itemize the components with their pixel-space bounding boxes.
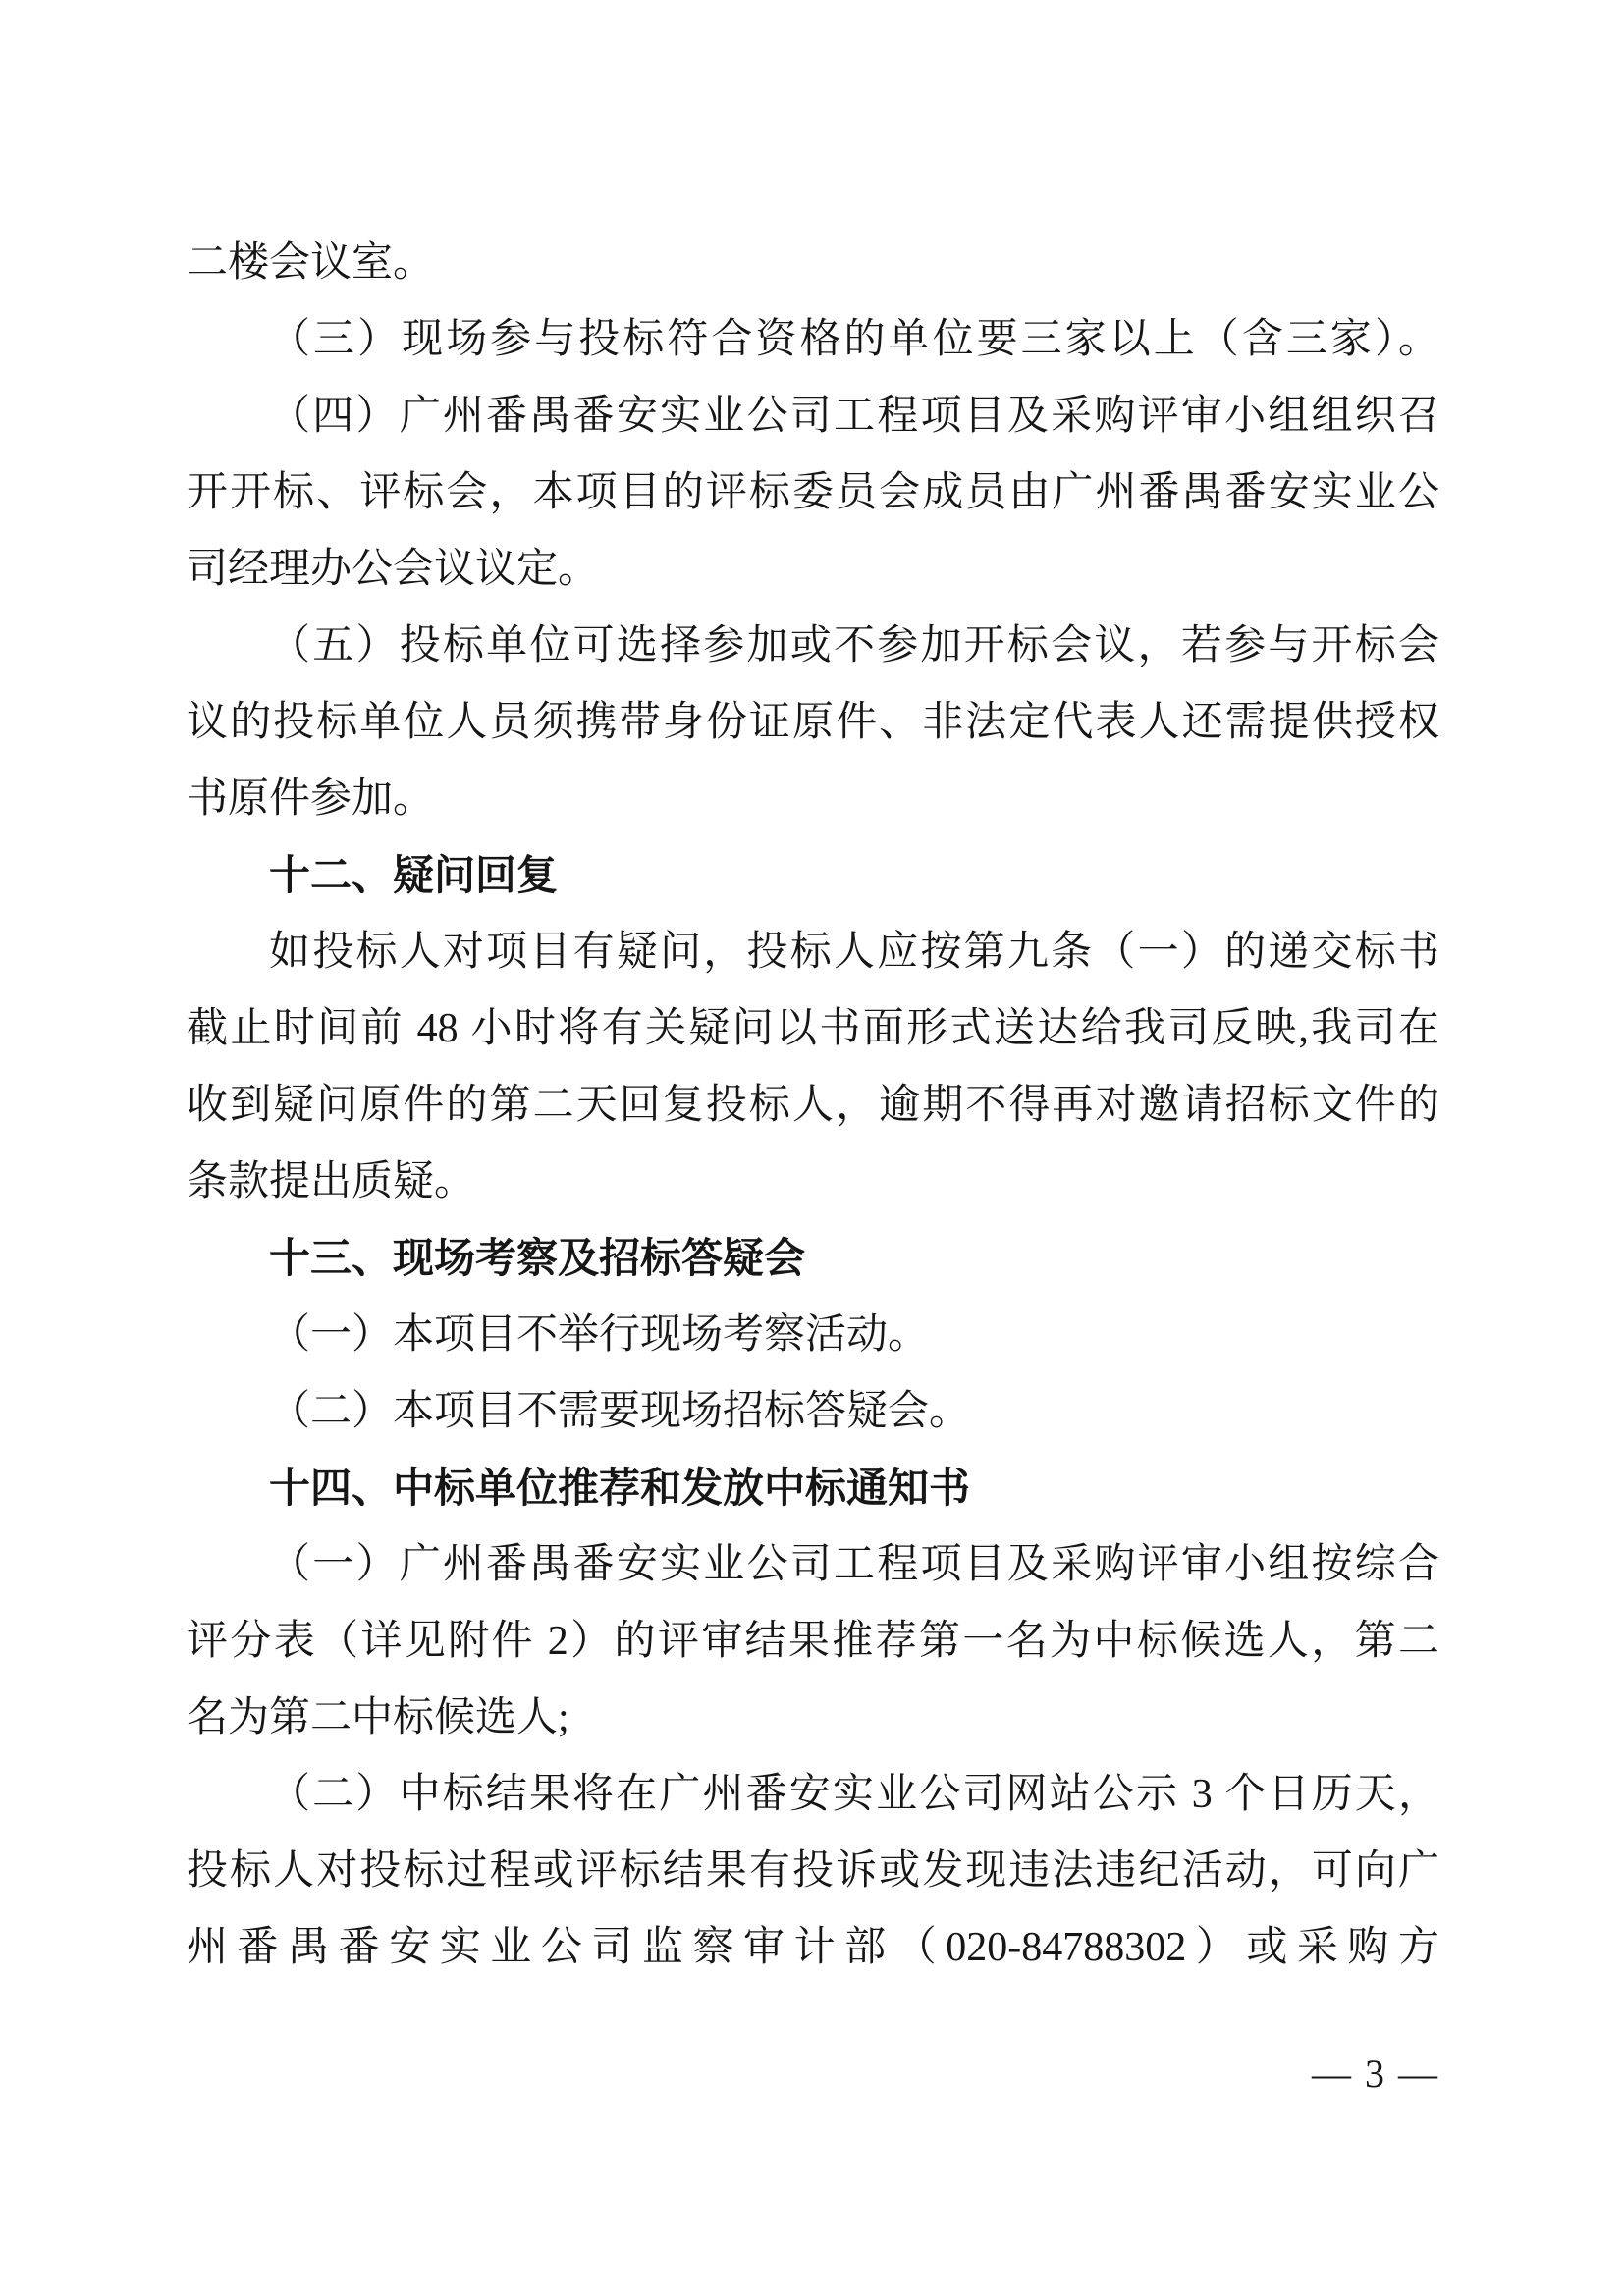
body-line: 开开标、评标会，本项目的评标委员会成员由广州番禺番安实业公 (187, 454, 1439, 531)
body-line: （二）中标结果将在广州番安实业公司网站公示 3 个日历天， (187, 1756, 1439, 1833)
document-page: 二楼会议室。 （三）现场参与投标符合资格的单位要三家以上（含三家）。 （四）广州… (0, 0, 1624, 2296)
body-line: 名为第二中标候选人; (187, 1680, 1439, 1756)
body-line: （二）本项目不需要现场招标答疑会。 (187, 1373, 1439, 1450)
body-line: 投标人对投标过程或评标结果有投诉或发现违法违纪活动，可向广 (187, 1833, 1439, 1909)
body-line: （四）广州番禺番安实业公司工程项目及采购评审小组组织召 (187, 378, 1439, 454)
body-line: 评分表（详见附件 2）的评审结果推荐第一名为中标候选人，第二 (187, 1603, 1439, 1680)
heading-section-14: 十四、中标单位推荐和发放中标通知书 (187, 1450, 1439, 1526)
body-line: 司经理办公会议议定。 (187, 531, 1439, 608)
page-number: — 3 — (187, 2036, 1439, 2112)
body-line: （一）广州番禺番安实业公司工程项目及采购评审小组按综合 (187, 1526, 1439, 1603)
heading-section-13: 十三、现场考察及招标答疑会 (187, 1220, 1439, 1297)
body-line: 议的投标单位人员须携带身份证原件、非法定代表人还需提供授权 (187, 684, 1439, 761)
body-line: 条款提出质疑。 (187, 1144, 1439, 1220)
body-line: 截止时间前 48 小时将有关疑问以书面形式送达给我司反映,我司在 (187, 990, 1439, 1067)
body-line: 如投标人对项目有疑问，投标人应按第九条（一）的递交标书 (187, 914, 1439, 990)
body-line: 收到疑问原件的第二天回复投标人，逾期不得再对邀请招标文件的 (187, 1067, 1439, 1144)
document-body: 二楼会议室。 （三）现场参与投标符合资格的单位要三家以上（含三家）。 （四）广州… (187, 225, 1439, 1986)
body-line: （一）本项目不举行现场考察活动。 (187, 1297, 1439, 1373)
body-line: （三）现场参与投标符合资格的单位要三家以上（含三家）。 (187, 301, 1439, 378)
body-line: 书原件参加。 (187, 761, 1439, 837)
heading-section-12: 十二、疑问回复 (187, 837, 1439, 914)
body-line: 州番禺番安实业公司监察审计部（020-84788302）或采购方 (187, 1909, 1439, 1986)
body-line: （五）投标单位可选择参加或不参加开标会议，若参与开标会 (187, 608, 1439, 684)
body-line: 二楼会议室。 (187, 225, 1439, 301)
